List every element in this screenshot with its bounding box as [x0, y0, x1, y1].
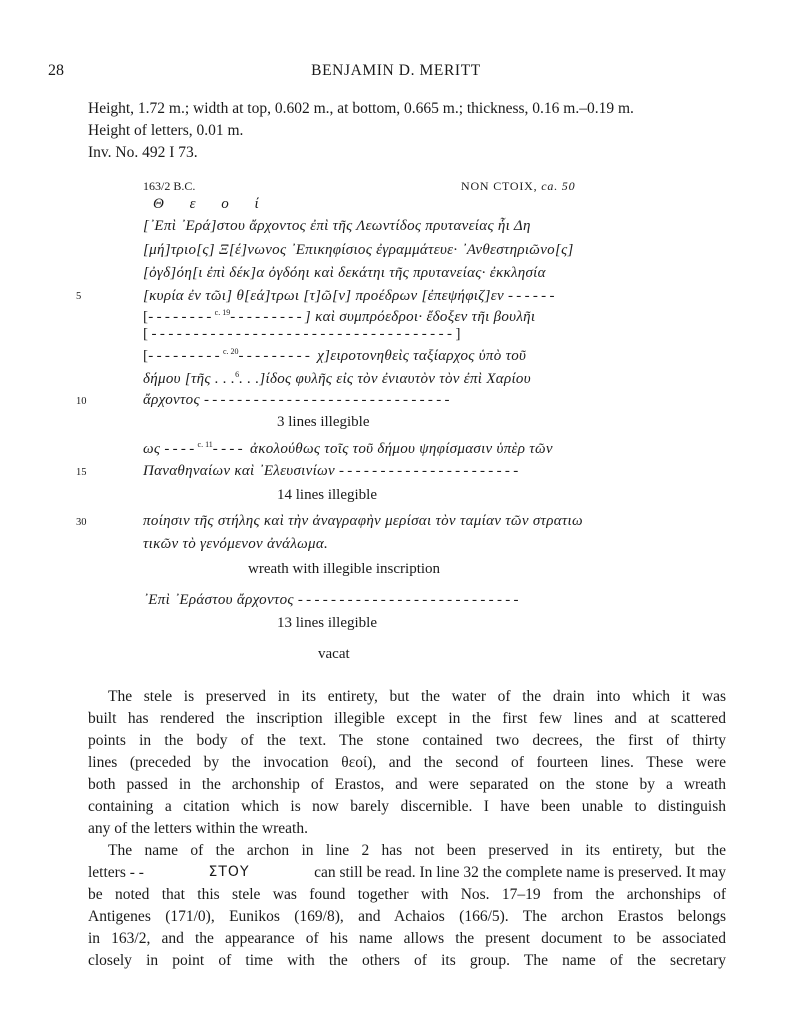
lacuna-dashes: ---- — [213, 441, 246, 457]
illegible-note-2: 14 lines illegible — [277, 487, 377, 504]
lacuna-dashes: ------ — [508, 288, 558, 304]
lacuna-dashes: --------- — [148, 348, 223, 364]
commentary-p1-line: lines (preceded by the invocation θεοί),… — [88, 754, 726, 772]
lacuna-dashes: ---- — [164, 441, 197, 457]
commentary-p1-line: The stele is preserved in its entirety, … — [108, 688, 726, 706]
commentary-p2-line: be noted that this stele was found toget… — [88, 886, 726, 904]
commentary-p1-line: points in the body of the text. The ston… — [88, 732, 726, 750]
line-31-text: ᾽Επὶ ᾽Εράστου ἄρχοντος — [143, 592, 294, 608]
commentary-p2-line: The name of the archon in line 2 has not… — [108, 842, 726, 860]
p2-line-2-rest: can still be read. In line 32 the comple… — [314, 864, 726, 882]
inscription-line-31: ᾽Επὶ ᾽Εράστου ἄρχοντος -----------------… — [143, 592, 522, 609]
inscription-line-29: ποίησιν τῆς στήλης καὶ τὴν ἀναγραφὴν μερ… — [143, 513, 583, 530]
lacuna-count: c. 11 — [198, 440, 213, 449]
inscription-line-8: δήμου [τῆς . . .6. . .]ίδος φυλῆς εἰς τὸ… — [143, 370, 531, 388]
lacuna-dashes: --------- — [230, 309, 305, 325]
format-ca: ca. 50 — [541, 179, 575, 193]
illegible-note-3: 13 lines illegible — [277, 615, 377, 632]
inscription-line-1: [᾽Επὶ ᾽Ερά]στου ἄρχοντος ἐπὶ τῆς Λεωντίδ… — [143, 218, 531, 235]
inscription-line-30: τικῶν τὸ γενόμενον ἀνάλωμα. — [143, 536, 328, 553]
letters-label: letters - - — [88, 864, 144, 882]
measurements-letter-height: Height of letters, 0.01 m. — [88, 122, 243, 140]
line-14-text: Παναθηναίων καὶ ᾽Ελευσινίων — [143, 463, 335, 479]
inscription-line-6: [------------------------------------] — [143, 326, 464, 343]
commentary-p1-line: containing a citation which is now barel… — [88, 798, 726, 816]
vacat-note: vacat — [318, 646, 350, 663]
inscription-line-13: ως ----c. 11---- ἀκολούθως τοῖς τοῦ δήμο… — [143, 440, 553, 458]
lacuna-dashes: --------------------------- — [298, 592, 522, 608]
line-8-text-b: . . .]ίδος φυλῆς εἰς τὸν ἐνιαυτὸν τὸν ἐπ… — [239, 371, 531, 387]
commentary-p2-line: in 163/2, and the appearance of his name… — [88, 930, 726, 948]
line-8-text-a: δήμου [τῆς . . . — [143, 371, 235, 387]
line-number-30: 30 — [76, 517, 87, 528]
lacuna-dashes: ------------------------------ — [204, 392, 453, 408]
lacuna-dashes: --------- — [239, 348, 314, 364]
inscription-line-7: [---------c. 20--------- χ]ειροτονηθεὶς … — [143, 347, 526, 365]
format-label: NON CTOIX, — [461, 179, 537, 193]
sigma-tou-letters: ΣΤΟΥ — [209, 864, 250, 882]
lacuna-count: c. 19 — [215, 308, 231, 317]
line-number-15: 15 — [76, 467, 87, 478]
inscription-line-9: ἄρχοντος ------------------------------ — [143, 392, 453, 409]
inscription-date: 163/2 B.C. — [143, 179, 195, 194]
commentary-p2-line: Antigenes (171/0), Eunikos (169/8), and … — [88, 908, 726, 926]
invocation: Θ ε ο ί — [153, 196, 265, 213]
line-7-text: χ]ειροτονηθεὶς ταξίαρχος ὑπὸ τοῦ — [313, 348, 526, 364]
commentary-p1-line: built has rendered the inscription illeg… — [88, 710, 726, 728]
lacuna-dashes: ---------------------- — [339, 463, 522, 479]
illegible-note-1: 3 lines illegible — [277, 414, 369, 431]
inscription-line-5: [--------c. 19---------] καὶ συμπρόεδροι… — [143, 308, 535, 326]
inscription-line-4: [κυρία ἐν τῶι] θ[εά]τρωι [τ]ῶ[ν] προέδρω… — [143, 288, 558, 305]
line-9-text: ἄρχοντος — [143, 392, 200, 408]
line-13-text-a: ως — [143, 441, 160, 457]
line-4-text: [κυρία ἐν τῶι] θ[εά]τρωι [τ]ῶ[ν] προέδρω… — [143, 288, 504, 304]
running-head: BENJAMIN D. MERITT — [0, 62, 792, 80]
line-5-text: ] καὶ συμπρόεδροι· ἔδοξεν τῆι βουλῆι — [305, 309, 535, 325]
commentary-p2-line-2: letters - - ΣΤΟΥ can still be read. In l… — [88, 864, 726, 882]
measurements-dimensions: Height, 1.72 m.; width at top, 0.602 m.,… — [88, 100, 634, 118]
line-number-10: 10 — [76, 396, 87, 407]
inscription-format: NON CTOIX, ca. 50 — [461, 179, 575, 194]
line-13-text-b: ἀκολούθως τοῖς τοῦ δήμου ψηφίσμασιν ὑπὲρ… — [250, 441, 553, 457]
lacuna-dashes: -------- — [148, 309, 214, 325]
wreath-note: wreath with illegible inscription — [248, 561, 440, 578]
commentary-p1-line: any of the letters within the wreath. — [88, 820, 726, 838]
lacuna-count: c. 20 — [223, 347, 239, 356]
commentary-p1-line: both passed in the archonship of Erastos… — [88, 776, 726, 794]
line-number-5: 5 — [76, 291, 81, 302]
inventory-number: Inv. No. 492 I 73. — [88, 144, 198, 162]
commentary-p2-line: closely in point of time with the others… — [88, 952, 726, 970]
inscription-line-3: [ὀγδ]όη[ι ἐπὶ δέκ]α ὀγδόηι καὶ δεκάτηι τ… — [143, 265, 546, 282]
inscription-line-14: Παναθηναίων καὶ ᾽Ελευσινίων ------------… — [143, 463, 522, 480]
inscription-line-2: [μή]τριο[ς] Ξ[έ]νωνος ᾽Επικηφίσιος ἐγραμ… — [143, 242, 574, 259]
